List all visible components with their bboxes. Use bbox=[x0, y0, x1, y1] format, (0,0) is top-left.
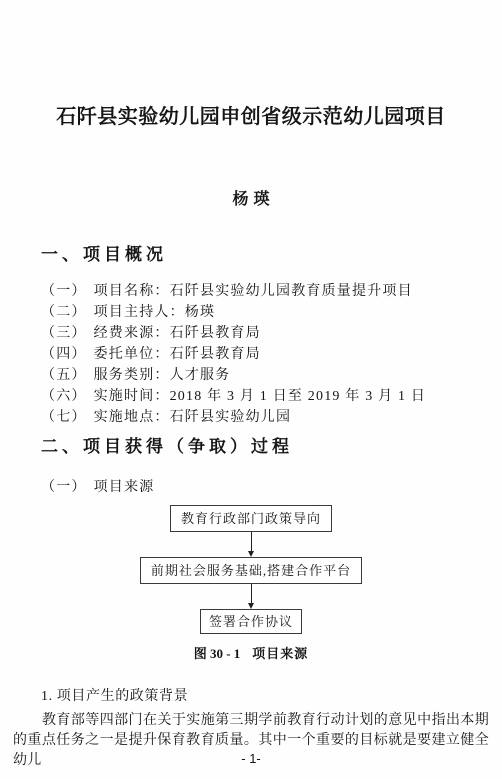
section-heading-1: 一、项目概况 bbox=[41, 244, 489, 266]
list-item-number: （三） bbox=[41, 326, 87, 341]
flowchart-row: 教育行政部门政策导向 bbox=[13, 505, 489, 532]
list-item-text: 委托单位：石阡县教育局 bbox=[94, 347, 261, 362]
list-item-text: 实施地点：石阡县实验幼儿园 bbox=[94, 410, 292, 425]
arrow-stem bbox=[251, 584, 252, 603]
list-item: （三）经费来源：石阡县教育局 bbox=[41, 323, 489, 344]
list-item: （二）项目主持人：杨瑛 bbox=[41, 302, 489, 323]
list-item-text: 经费来源：石阡县教育局 bbox=[94, 326, 261, 341]
flowchart-node-policy: 教育行政部门政策导向 bbox=[170, 505, 332, 532]
figure-caption-label: 图 30 - 1 bbox=[194, 646, 241, 661]
numbered-point-heading: 1. 项目产生的政策背景 bbox=[41, 687, 489, 706]
author-name: 杨瑛 bbox=[13, 189, 489, 210]
page-number: - 1- bbox=[0, 751, 502, 766]
project-overview-list: （一）项目名称：石阡县实验幼儿园教育质量提升项目 （二）项目主持人：杨瑛 （三）… bbox=[41, 281, 489, 428]
list-item-number: （六） bbox=[41, 389, 87, 404]
list-item-text: 项目主持人：杨瑛 bbox=[94, 305, 216, 320]
list-item-number: （七） bbox=[41, 410, 87, 425]
flowchart-node-agreement: 签署合作协议 bbox=[200, 609, 302, 634]
figure-caption-title: 项目来源 bbox=[252, 646, 308, 661]
list-item-text: 实施时间：2018 年 3 月 1 日至 2019 年 3 月 1 日 bbox=[94, 389, 427, 404]
flowchart-node-platform: 前期社会服务基础,搭建合作平台 bbox=[140, 557, 362, 584]
list-item-number: （四） bbox=[41, 347, 87, 362]
arrow-down-icon bbox=[247, 584, 255, 609]
arrow-stem bbox=[251, 532, 252, 551]
subsection-text: 项目来源 bbox=[94, 480, 155, 495]
figure-caption: 图 30 - 1项目来源 bbox=[13, 645, 489, 663]
subsection-number: （一） bbox=[41, 480, 87, 495]
section-heading-2: 二、项目获得（争取）过程 bbox=[41, 436, 489, 458]
arrow-down-icon bbox=[247, 532, 255, 557]
list-item: （四）委托单位：石阡县教育局 bbox=[41, 344, 489, 365]
subsection-heading: （一）项目来源 bbox=[41, 478, 489, 497]
list-item-number: （二） bbox=[41, 305, 87, 320]
list-item-number: （五） bbox=[41, 368, 87, 383]
flowchart-figure: 教育行政部门政策导向 前期社会服务基础,搭建合作平台 签署合作协议 bbox=[13, 505, 489, 634]
list-item: （六）实施时间：2018 年 3 月 1 日至 2019 年 3 月 1 日 bbox=[41, 386, 489, 407]
list-item: （七）实施地点：石阡县实验幼儿园 bbox=[41, 407, 489, 428]
flowchart-row: 前期社会服务基础,搭建合作平台 bbox=[13, 557, 489, 584]
flowchart-row: 签署合作协议 bbox=[13, 609, 489, 634]
document-title: 石阡县实验幼儿园申创省级示范幼儿园项目 bbox=[13, 104, 489, 131]
list-item-text: 项目名称：石阡县实验幼儿园教育质量提升项目 bbox=[94, 284, 413, 299]
list-item-text: 服务类别：人才服务 bbox=[94, 368, 231, 383]
list-item: （一）项目名称：石阡县实验幼儿园教育质量提升项目 bbox=[41, 281, 489, 302]
document-page: 石阡县实验幼儿园申创省级示范幼儿园项目 杨瑛 一、项目概况 （一）项目名称：石阡… bbox=[0, 0, 502, 779]
list-item: （五）服务类别：人才服务 bbox=[41, 365, 489, 386]
list-item-number: （一） bbox=[41, 284, 87, 299]
